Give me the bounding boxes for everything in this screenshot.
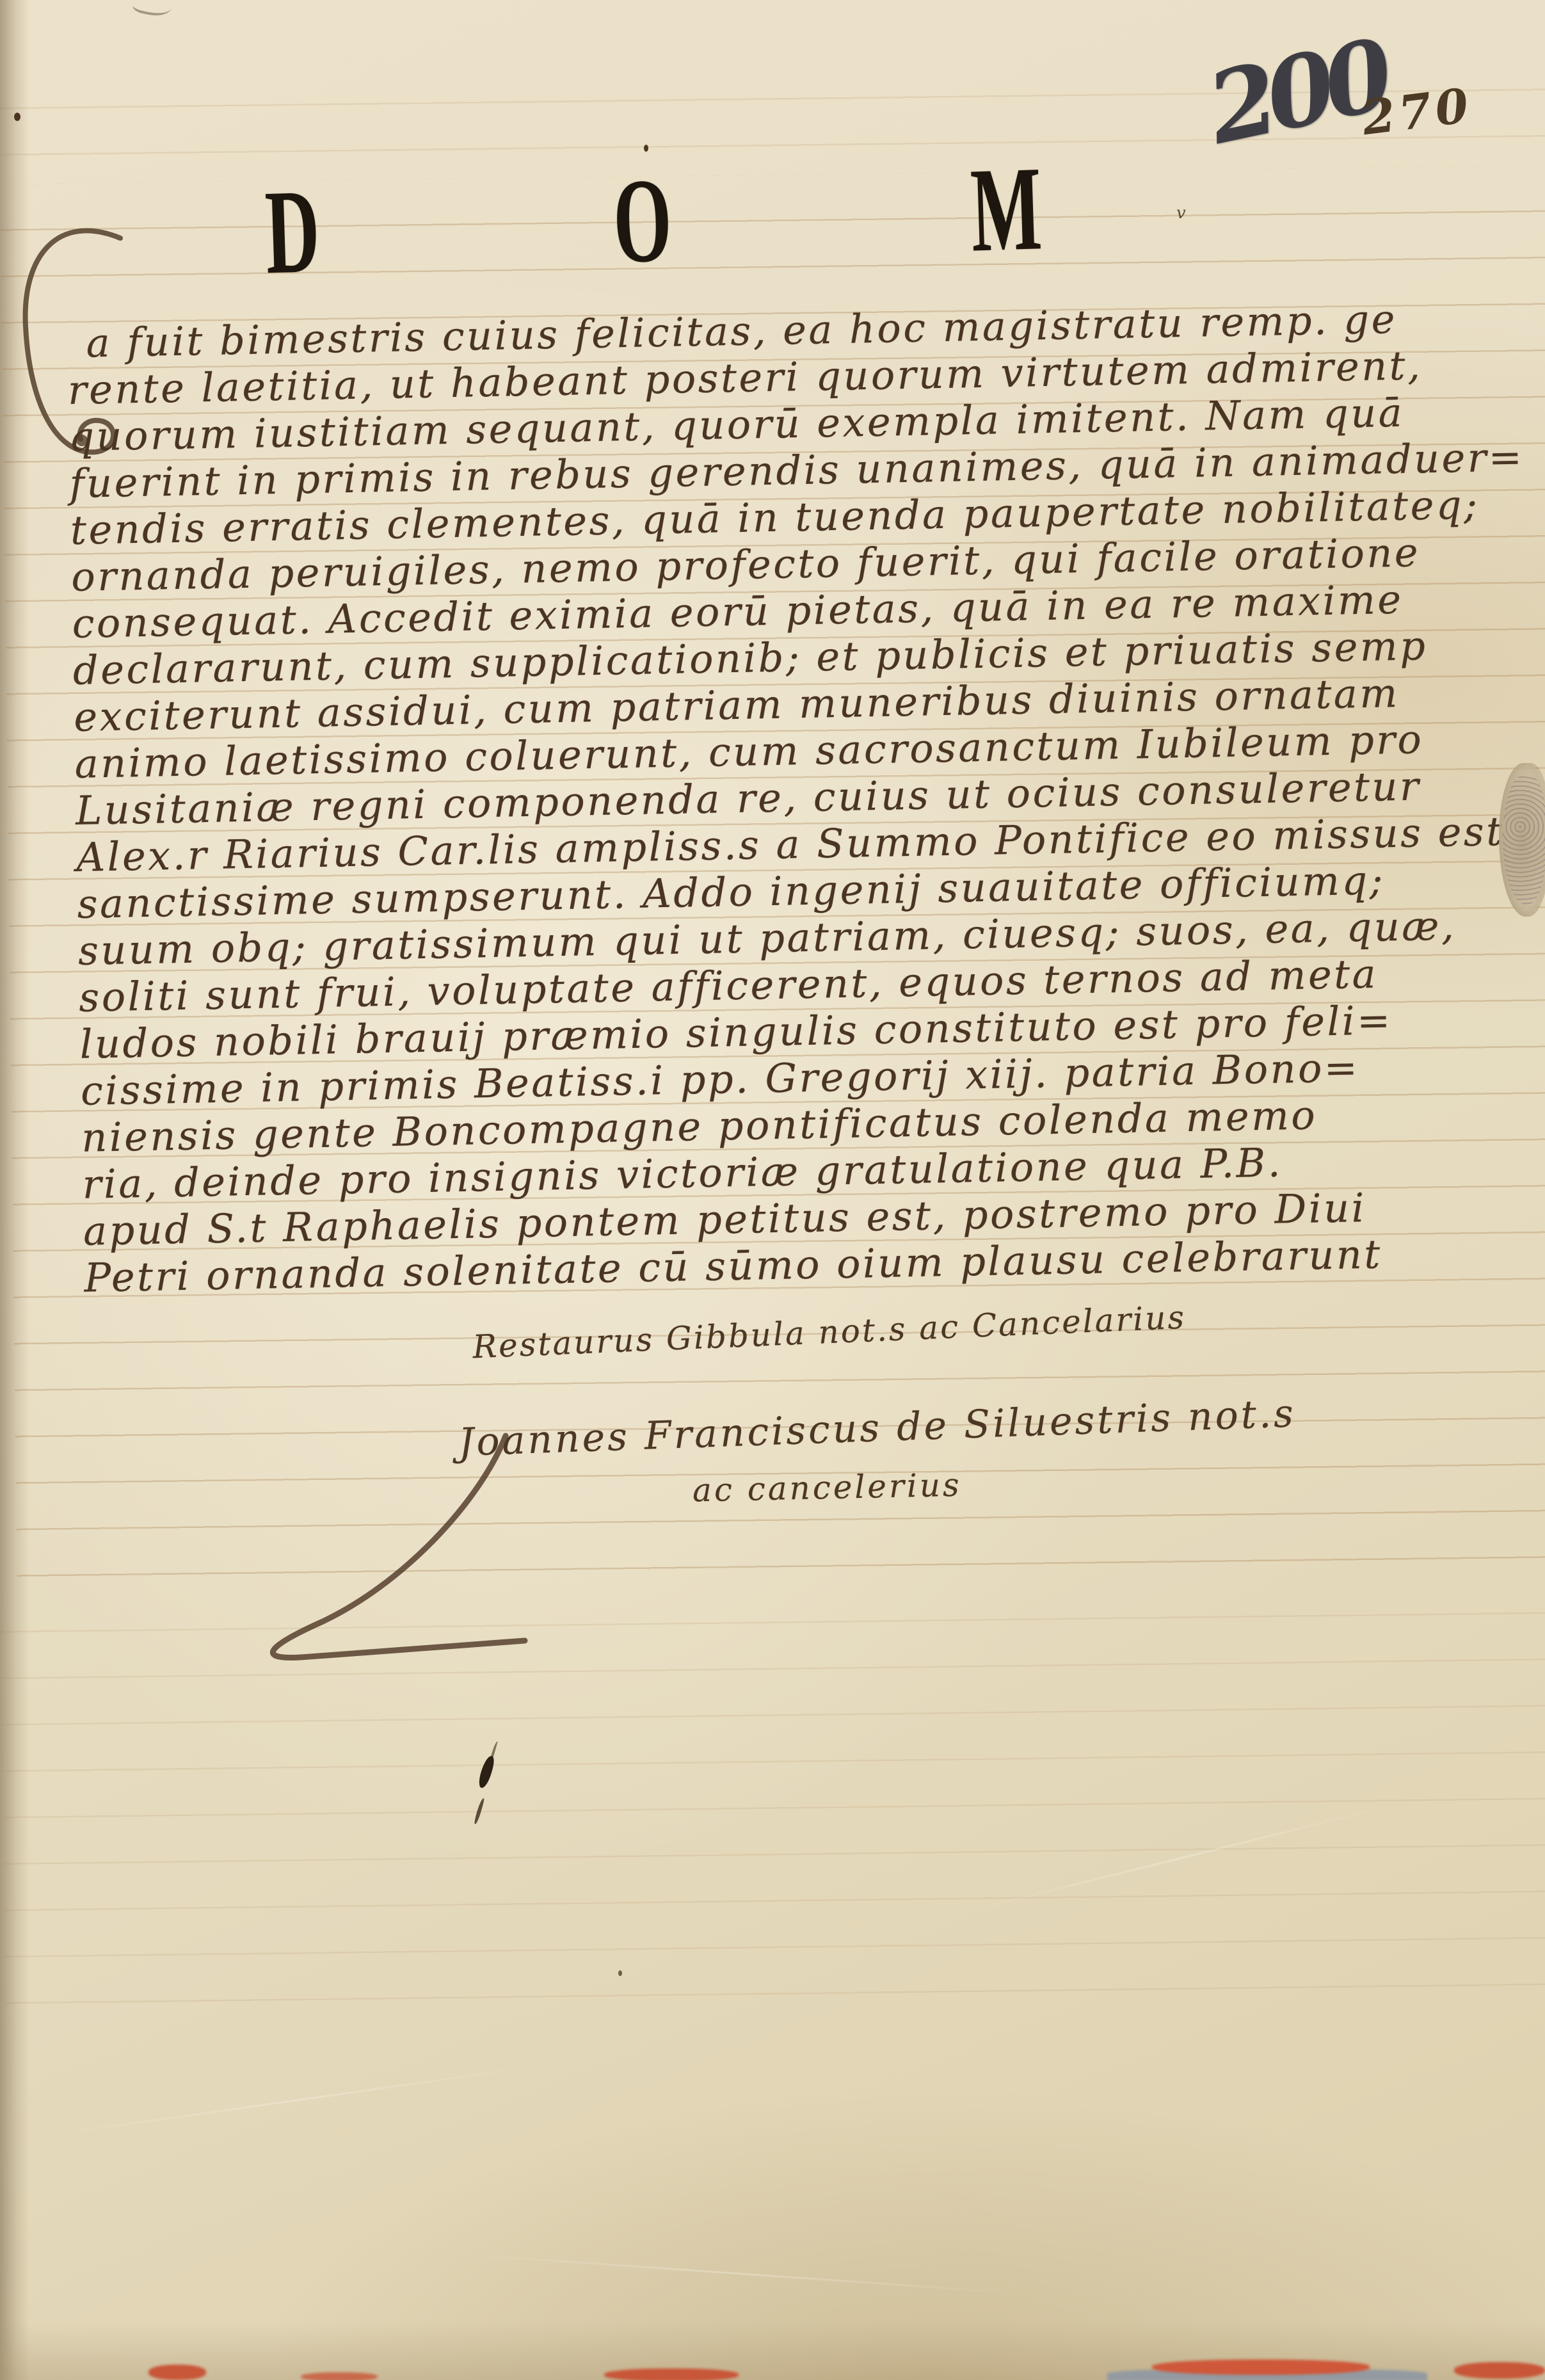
ink-speck <box>1467 517 1471 521</box>
manuscript-page: 200 270 v D O M a fuit bimestris cuius f… <box>0 0 1545 2380</box>
ink-speck <box>618 1970 622 1976</box>
ink-speck <box>14 113 20 121</box>
bottom-edge-red <box>301 2372 378 2380</box>
bottom-edge-red <box>1454 2362 1545 2379</box>
heading-letter-m: M <box>969 148 1043 270</box>
bottom-edge-red <box>1152 2360 1370 2375</box>
heading-letter-o: O <box>612 159 674 282</box>
manuscript-body: a fuit bimestris cuius felicitas, ea hoc… <box>67 294 1499 1301</box>
signature-second-line2: ac cancelerius <box>692 1467 962 1509</box>
bottom-edge-red <box>148 2365 206 2380</box>
parchment-crease <box>449 2253 1023 2295</box>
stray-pen-mark: v <box>1176 204 1186 223</box>
signature-flourish <box>224 1424 557 1680</box>
page-heading: D O M <box>247 147 1064 293</box>
folio-number-ink: 270 <box>1359 82 1475 142</box>
bottom-edge-red <box>604 2368 739 2380</box>
parchment-crease <box>41 2064 548 2137</box>
corner-pen-mark <box>132 0 173 19</box>
ink-speck <box>644 145 648 152</box>
heading-letter-d: D <box>264 171 321 293</box>
